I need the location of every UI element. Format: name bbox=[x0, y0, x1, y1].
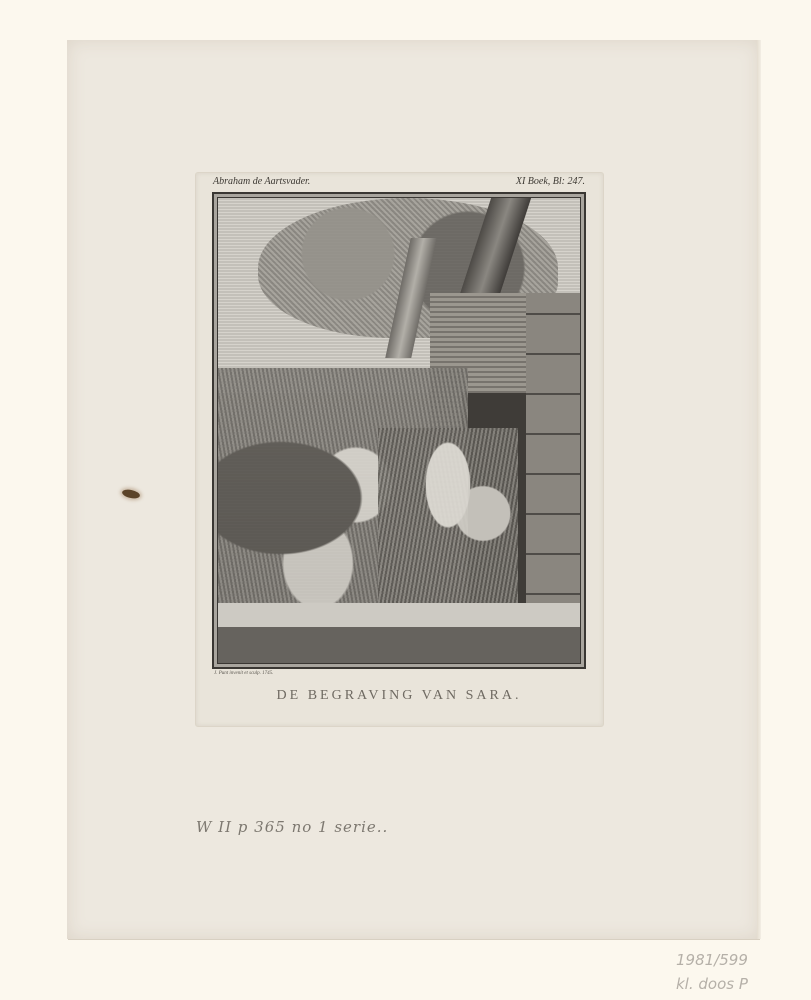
body-bearers bbox=[378, 428, 518, 618]
print-title: DE BEGRAVING VAN SARA. bbox=[212, 688, 586, 704]
inventory-number: 1981/599 bbox=[676, 948, 748, 972]
engraving-scene bbox=[217, 197, 581, 664]
sheet-edge bbox=[757, 40, 761, 939]
engraver-credit: J. Punt invenit et sculp. 1745. bbox=[214, 671, 273, 676]
engraving-image-frame bbox=[212, 192, 586, 669]
header-left-text: Abraham de Aartsvader. bbox=[213, 176, 310, 187]
header-right-text: XI Boek, Bl: 247. bbox=[516, 176, 585, 187]
pencil-annotation: W II p 365 no 1 serie.. bbox=[196, 818, 388, 836]
stone-pillar bbox=[526, 293, 580, 633]
ground bbox=[218, 603, 580, 663]
box-label: kl. doos P bbox=[676, 972, 748, 996]
inventory-annotation: 1981/599 kl. doos P bbox=[676, 948, 748, 996]
